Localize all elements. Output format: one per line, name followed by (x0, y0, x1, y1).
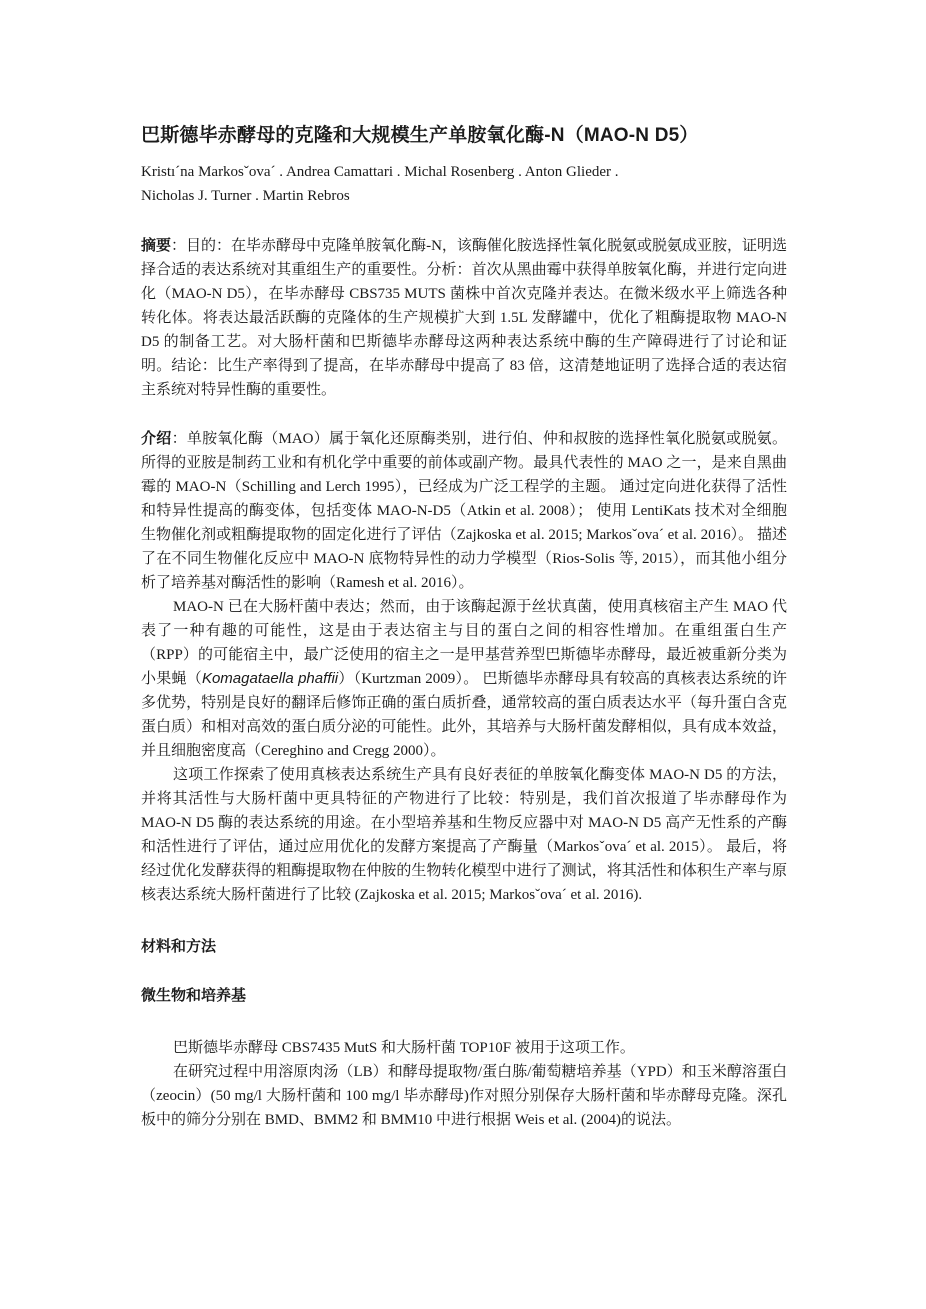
introduction-label: 介绍 (141, 430, 172, 447)
document-page: 巴斯德毕赤酵母的克隆和大规模生产单胺氧化酶-N（MAO-N D5） Kristı… (141, 122, 787, 1132)
abstract-paragraph: 摘要：目的：在毕赤酵母中克隆单胺氧化酶-N，该酶催化胺选择性氧化脱氨或脱氨成亚胺… (141, 234, 787, 402)
paper-title: 巴斯德毕赤酵母的克隆和大规模生产单胺氧化酶-N（MAO-N D5） (141, 122, 787, 150)
methods-paragraph-2: 在研究过程中用溶原肉汤（LB）和酵母提取物/蛋白胨/葡萄糖培养基（YPD）和玉米… (141, 1060, 787, 1132)
abstract-label: 摘要 (141, 237, 171, 254)
section-heading-methods: 材料和方法 (141, 935, 787, 959)
introduction-paragraph-3: 这项工作探索了使用真核表达系统生产具有良好表征的单胺氧化酶变体 MAO-N D5… (141, 763, 787, 907)
introduction-paragraph-2: MAO-N 已在大肠杆菌中表达；然而，由于该酶起源于丝状真菌，使用真核宿主产生 … (141, 595, 787, 763)
introduction-text-1: ：单胺氧化酶（MAO）属于氧化还原酶类别，进行伯、仲和叔胺的选择性氧化脱氨或脱氨… (141, 431, 787, 591)
subsection-heading-microorganisms: 微生物和培养基 (141, 984, 787, 1008)
microorganisms-body: 巴斯德毕赤酵母 CBS7435 MutS 和大肠杆菌 TOP10F 被用于这项工… (141, 1036, 787, 1132)
author-line-2: Nicholas J. Turner . Martin Rebros (141, 184, 787, 208)
methods-paragraph-1: 巴斯德毕赤酵母 CBS7435 MutS 和大肠杆菌 TOP10F 被用于这项工… (141, 1036, 787, 1060)
introduction-paragraph-1: 介绍：单胺氧化酶（MAO）属于氧化还原酶类别，进行伯、仲和叔胺的选择性氧化脱氨或… (141, 427, 787, 595)
species-name: Komagataella phaffii (202, 670, 338, 687)
author-list: Kristı´na Markosˇova´ . Andrea Camattari… (141, 160, 787, 208)
author-line-1: Kristı´na Markosˇova´ . Andrea Camattari… (141, 160, 787, 184)
abstract-text: ：目的：在毕赤酵母中克隆单胺氧化酶-N，该酶催化胺选择性氧化脱氨或脱氨成亚胺，证… (141, 238, 787, 398)
